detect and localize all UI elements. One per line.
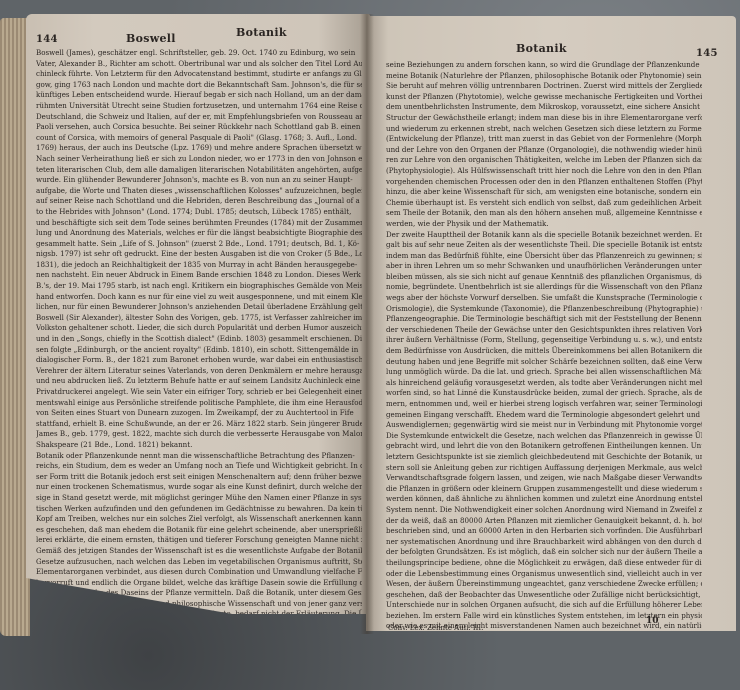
right-text-line: Die Systemkunde entwickelt die Gesetze, …: [386, 431, 702, 442]
left-text-line: Gemäß des jetzigen Standes der Wissensch…: [36, 546, 362, 557]
left-text-line: Vater, Alexander B., Richter am schott. …: [36, 59, 362, 70]
left-text-line: nen nachsteht. Ein neuer Abdruck in Eine…: [36, 270, 362, 281]
sheet-number: 10: [646, 616, 659, 626]
page-number-right: 145: [696, 48, 718, 59]
right-text-line: Sie beruht auf mehren völlig untrennbare…: [386, 81, 702, 92]
left-text-line: 1769) heraus, der auch ins Deutsche (Lpz…: [36, 143, 362, 154]
left-text-line: Verehrer der ältern Literatur seines Vat…: [36, 366, 362, 377]
left-text-line: Deutschland, die Schweiz und Italien, au…: [36, 112, 362, 123]
right-text-line: gemeinen Eingang verschafft. Ehedem ward…: [386, 410, 702, 421]
right-text-line: worfen sind, so hat Linné die Kunstausdr…: [386, 388, 702, 399]
left-page: 144 Boswell Botanik Boswell (James), ges…: [26, 14, 370, 614]
right-text-line: nomie, begründete. Unentbehrlich ist sie…: [386, 282, 702, 293]
right-text-line: meine Botanik (Naturlehre der Pflanzen, …: [386, 71, 702, 82]
right-text-line: mern, entnommen und, weil er hierbei str…: [386, 399, 702, 410]
right-text-line: letztern Gesichtspunkte ist sie ziemlich…: [386, 452, 702, 463]
running-head-left-topic: Botanik: [236, 26, 287, 39]
left-text-line: James B., geb. 1779, gest. 1822, machte …: [36, 429, 362, 440]
left-text-line: auf seiner Reise nach Schottland und die…: [36, 196, 362, 207]
left-text-line: lerei erklärte, die einem ernsten, thäti…: [36, 535, 362, 546]
left-page-text: Boswell (James), geschätzer engl. Schrif…: [36, 48, 362, 614]
right-text-line: seine Beziehungen zu andern forschen kan…: [386, 60, 702, 71]
left-text-line: aufgabe, die Worte und Thaten dieses „wi…: [36, 186, 362, 197]
left-text-line: rühmten Universität Utrecht seine Studie…: [36, 101, 362, 112]
right-text-line: deutung haben und jene Begriffe mit solc…: [386, 357, 702, 368]
left-text-line: mentswahl einige aus Persönliche streife…: [36, 398, 362, 409]
left-text-line: to the Hebrides with Johnson" (Lond. 177…: [36, 207, 362, 218]
right-text-line: sem Theile der Botanik, den man als den …: [386, 208, 702, 219]
left-text-line: wurde. Ein glühender Bewunderer Johnson'…: [36, 175, 362, 186]
right-text-line: aber in ihren Lehren um so mehr Schwanke…: [386, 261, 702, 272]
left-text-line: hervorruft und endlich die Organe bildet…: [36, 578, 362, 589]
left-text-line: stattfand, erhielt B. eine Schußwunde, a…: [36, 419, 362, 430]
right-page: Botanik 145 seine Beziehungen zu andern …: [366, 16, 736, 631]
right-text-line: als hinreichend geläufig vorausgesetzt w…: [386, 378, 702, 389]
right-text-line: dem unentbehrlichsten Instrumente, dem M…: [386, 102, 702, 113]
right-text-line: werden können, daß ähnliche zu ähnlichen…: [386, 494, 702, 505]
left-text-line: lichen, nur für einen Bewunderer Johnson…: [36, 302, 362, 313]
right-text-line: Unterschiede nur in solchen Organen aufs…: [386, 600, 702, 611]
left-text-line: 1831), die jedoch an Reichhaltigkeit der…: [36, 260, 362, 271]
left-text-line: gow, ging 1763 nach London und machte do…: [36, 80, 362, 91]
right-text-line: ner systematischen Anordnung und ihre Br…: [386, 537, 702, 548]
left-text-line: gesammelt hatte. Sein „Life of S. Johnso…: [36, 239, 362, 250]
right-text-line: theilungsprincipe bediene, ohne die Mögl…: [386, 558, 702, 569]
right-text-line: vorgehenden chemischen Processen oder de…: [386, 177, 702, 188]
right-text-line: Pflanzengeographie. Die Terminologie bes…: [386, 314, 702, 325]
right-text-line: der da weiß, daß an 80000 Arten Pflanzen…: [386, 516, 702, 527]
right-text-line: die Pflanzen in größern oder kleinern Gr…: [386, 484, 702, 495]
left-text-line: Privatdruckerei angelegt. Wie sein Vater…: [36, 387, 362, 398]
left-text-line: Paoli versehen, auch Corsica besuchte. B…: [36, 122, 362, 133]
left-text-line: und beschäftigte sich seit dem Tode sein…: [36, 218, 362, 229]
right-text-line: ren zur Lehre von den organischen Thätig…: [386, 155, 702, 166]
left-text-line: letzten Endzwecke des Daseins der Pflanz…: [36, 588, 362, 599]
left-text-line: sen folgte „Edinburgh, or the ancient ro…: [36, 345, 362, 356]
left-text-line: lung und Anordnung des Materials, welche…: [36, 228, 362, 239]
right-text-line: dem Bedürfnisse von Ausdrücken, die mitt…: [386, 346, 702, 357]
left-text-line: Elementarorganen verbindet, aus diesen d…: [36, 567, 362, 578]
left-text-line: tischen Werken aufzufinden und den gefun…: [36, 504, 362, 515]
right-text-line: und wiederum zu erkennen strebt, nach we…: [386, 124, 702, 135]
right-text-line: (Phytophysiologie). Als Hülfswissenschaf…: [386, 166, 702, 177]
left-text-line: sige in Stand gesetzt werde, mit möglich…: [36, 493, 362, 504]
right-text-line: System nennt. Die Nothwendigkeit einer s…: [386, 505, 702, 516]
right-text-line: beschrieben sind, und an 60000 Arten in …: [386, 526, 702, 537]
left-text-line: sei, welche man ehedem mit gleichem Name…: [36, 609, 362, 614]
left-text-line: punkte aufgefaßt, eine erhabene und phil…: [36, 599, 362, 610]
left-text-line: Nach seiner Verheirathung ließ er sich z…: [36, 154, 362, 165]
left-text-line: von Seiten eines Stuart von Dunearn zuzo…: [36, 408, 362, 419]
right-text-line: wegs aber der höchste Vorwurf derselben.…: [386, 293, 702, 304]
page-number-left: 144: [36, 34, 58, 45]
right-text-line: und der Lehre von den Organen der Pflanz…: [386, 145, 702, 156]
right-text-line: hinzu, die aber keine Wissenschaft für s…: [386, 187, 702, 198]
running-head-right: Botanik: [516, 42, 567, 55]
right-text-line: ihrer äußern Verhältnisse (Form, Stellun…: [386, 335, 702, 346]
left-text-line: Botanik oder Pflanzenkunde nennt man die…: [36, 451, 362, 462]
left-text-line: Kopf am Treiben, welches nur ein solches…: [36, 514, 362, 525]
left-text-line: Boswell (James), geschätzer engl. Schrif…: [36, 48, 362, 59]
left-text-line: count of Corsica, with memoirs of genera…: [36, 133, 362, 144]
book-gutter: [360, 14, 374, 634]
right-text-line: Verwandtschaftsgrade folgern lassen, und…: [386, 473, 702, 484]
right-text-line: kunst der Pflanzen (Phytotomie), welche …: [386, 92, 702, 103]
left-text-line: reichs, ein Studium, dem es weder an Umf…: [36, 461, 362, 472]
left-text-line: künftiges Leben entscheidend wurde. Hier…: [36, 90, 362, 101]
left-text-line: und in den „Songs, chiefly in the Scotti…: [36, 334, 362, 345]
left-text-line: ser Form tritt die Botanik jedoch erst s…: [36, 472, 362, 483]
right-text-line: indem man das Bedürfniß fühlte, eine Übe…: [386, 251, 702, 262]
right-page-text: seine Beziehungen zu andern forschen kan…: [386, 60, 702, 631]
left-text-line: hand entworfen. Doch kann es nur für ein…: [36, 292, 362, 303]
page-edges: [0, 18, 30, 636]
right-text-line: Wesen, der äußern Übereinstimmung ungeac…: [386, 579, 702, 590]
left-text-line: Gesetze aufzusuchen, nach welchen das Le…: [36, 557, 362, 568]
left-text-line: und neu abdrucken ließ. Zu letzterm Behu…: [36, 376, 362, 387]
left-text-line: B.'s, der 19. Mai 1795 starb, ist nach e…: [36, 281, 362, 292]
signature-mark: Conv.-Lex. Zehnte Aufl. III.: [388, 624, 483, 631]
right-text-line: oder die Lebensbestimmung eines Organism…: [386, 569, 702, 580]
left-text-line: es geschehen, daß man ehedem die Botanik…: [36, 525, 362, 536]
right-text-line: der verschiedenen Theile der Gewächse un…: [386, 325, 702, 336]
right-text-line: Structur der Gewächstheile erlangt; inde…: [386, 113, 702, 124]
left-text-line: dialogischer Form. B., der 1821 zum Baro…: [36, 355, 362, 366]
right-text-line: Auswendiglernen; gegenwärtig wird sie me…: [386, 420, 702, 431]
left-text-line: Volkston gehaltener schott. Lieder, die …: [36, 323, 362, 334]
open-book-photo: 144 Boswell Botanik Boswell (James), ges…: [0, 0, 740, 690]
left-text-line: nigsb. 1797) ist sehr oft gedruckt. Eine…: [36, 249, 362, 260]
right-text-line: galt bis auf sehr neue Zeiten als der we…: [386, 240, 702, 251]
right-text-line: bleiben müssen, als sie sich nicht auf g…: [386, 272, 702, 283]
right-text-line: gebracht wird, und lehrt die von den Bot…: [386, 441, 702, 452]
right-text-line: Chemie überhaupt ist. Es versteht sich e…: [386, 198, 702, 209]
running-head-left-entry: Boswell: [126, 32, 176, 45]
right-text-line: der befolgten Grundsätzen. Es ist möglic…: [386, 547, 702, 558]
left-text-line: nur einen trockenen Schematismus, wurde …: [36, 482, 362, 493]
right-text-line: (Entwickelung der Pflanze), tritt man zu…: [386, 134, 702, 145]
left-text-line: Shakspeare (21 Bde., Lond. 1821) bekannt…: [36, 440, 362, 451]
right-text-line: geschehen, daß der Beobachter das Unwese…: [386, 590, 702, 601]
left-text-line: chinleck führte. Von Letzterm für den Ad…: [36, 69, 362, 80]
right-text-line: werden, wie der Physik und der Mathemati…: [386, 219, 702, 230]
left-text-line: teten literarischen Club, dem alle damal…: [36, 165, 362, 176]
right-text-line: stern soll sie Anleitung geben zur richt…: [386, 463, 702, 474]
right-text-line: Orismologie), die Systemkunde (Taxonomie…: [386, 304, 702, 315]
left-text-line: Boswell (Sir Alexander), ältester Sohn d…: [36, 313, 362, 324]
right-text-line: Der zweite Haupttheil der Botanik kann a…: [386, 230, 702, 241]
right-text-line: lung unmöglich würde. Da die lat. und gr…: [386, 367, 702, 378]
